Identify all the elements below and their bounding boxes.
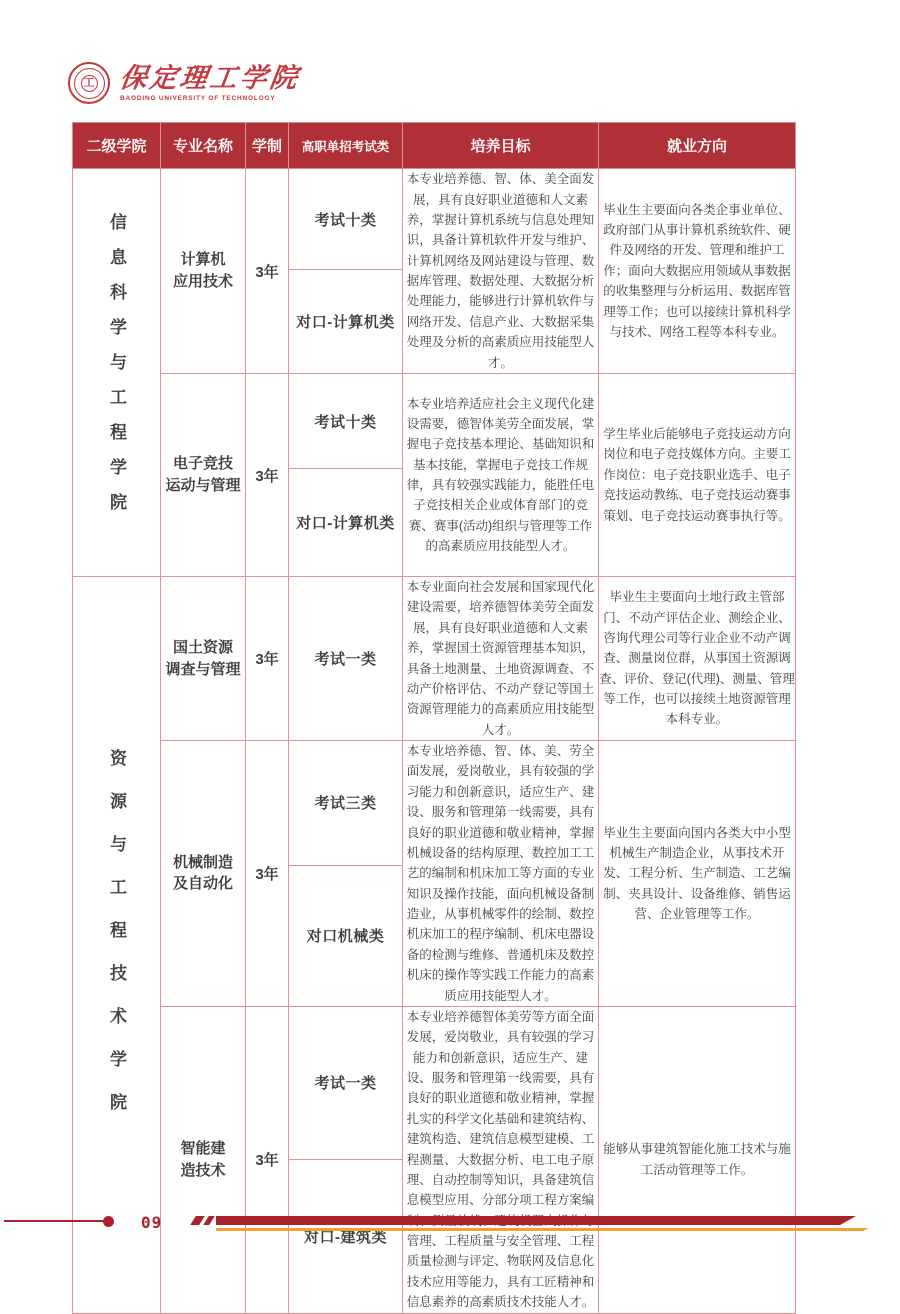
major-cell: 国土资源调查与管理 (161, 577, 246, 741)
footer-dot-icon (103, 1216, 114, 1227)
header-college: 二级学院 (73, 123, 161, 169)
duration-cell: 3年 (246, 374, 289, 577)
university-seal-icon: 工 (68, 62, 110, 104)
employment-cell: 毕业生主要面向土地行政主管部门、不动产评估企业、测绘企业、咨询代理公司等行业企业… (599, 577, 796, 741)
page-number: 09 (141, 1213, 162, 1232)
exam-cell: 对口-建筑类 (289, 1159, 403, 1313)
university-name-en: BAODING UNIVERSITY OF TECHNOLOGY (120, 95, 300, 102)
employment-cell: 能够从事建筑智能化施工技术与施工活动管理等工作。 (599, 1006, 796, 1313)
major-cell: 计算机应用技术 (161, 169, 246, 374)
college-cell-resources-engineering: 资源与工程技术学院 (73, 577, 161, 1314)
exam-cell: 对口机械类 (289, 865, 403, 1006)
college-name: 资源与工程技术学院 (108, 749, 125, 1136)
majors-table: 二级学院 专业名称 学制 高职单招考试类 培养目标 就业方向 信息科学与工程学院… (72, 122, 796, 1314)
table-row: 电子竞技运动与管理 3年 考试十类 本专业培养适应社会主义现代化建设需要，德智体… (73, 374, 796, 469)
exam-cell: 考试十类 (289, 374, 403, 469)
footer-red-bar (216, 1216, 856, 1225)
employment-cell: 毕业生主要面向各类企事业单位、政府部门从事计算机系统软件、硬件及网络的开发、管理… (599, 169, 796, 374)
header-objective: 培养目标 (403, 123, 599, 169)
college-name: 信息科学与工程学院 (108, 213, 125, 528)
duration-cell: 3年 (246, 741, 289, 1007)
college-cell-info-science: 信息科学与工程学院 (73, 169, 161, 577)
employment-cell: 学生毕业后能够电子竞技运动方向岗位和电子竞技媒体方向。主要工作岗位：电子竞技职业… (599, 374, 796, 577)
major-name: 计算机应用技术 (161, 249, 245, 293)
exam-cell: 考试一类 (289, 577, 403, 741)
exam-cell: 考试十类 (289, 169, 403, 270)
exam-cell: 考试一类 (289, 1006, 403, 1159)
major-cell: 智能建造技术 (161, 1006, 246, 1313)
header-employment: 就业方向 (599, 123, 796, 169)
table-row: 机械制造及自动化 3年 考试三类 本专业培养德、智、体、美、劳全面发展，爱岗敬业… (73, 741, 796, 866)
duration-cell: 3年 (246, 577, 289, 741)
university-logo: 工 保定理工学院 BAODING UNIVERSITY OF TECHNOLOG… (68, 62, 300, 104)
seal-inner-ring: 工 (74, 68, 105, 99)
table-header-row: 二级学院 专业名称 学制 高职单招考试类 培养目标 就业方向 (73, 123, 796, 169)
university-name-cn: 保定理工学院 (118, 65, 302, 92)
table-row: 信息科学与工程学院 计算机应用技术 3年 考试十类 本专业培养德、智、体、美全面… (73, 169, 796, 270)
objective-cell: 本专业培养德智体美劳等方面全面发展，爱岗敬业，具有较强的学习能力和创新意识，适应… (403, 1006, 599, 1313)
table-row: 资源与工程技术学院 国土资源调查与管理 3年 考试一类 本专业面向社会发展和国家… (73, 577, 796, 741)
objective-cell: 本专业培养适应社会主义现代化建设需要，德智体美劳全面发展，掌握电子竞技基本理论、… (403, 374, 599, 577)
employment-cell: 毕业生主要面向国内各类大中小型机械生产制造企业，从事技术开发、工程分析、生产制造… (599, 741, 796, 1007)
header-major: 专业名称 (161, 123, 246, 169)
major-cell: 机械制造及自动化 (161, 741, 246, 1007)
major-name: 机械制造及自动化 (161, 852, 245, 896)
major-name: 智能建造技术 (161, 1138, 245, 1182)
objective-cell: 本专业面向社会发展和国家现代化建设需要，培养德智体美劳全面发展，具有良好职业道德… (403, 577, 599, 741)
objective-cell: 本专业培养德、智、体、美全面发展，具有良好职业道德和人文素养，掌握计算机系统与信… (403, 169, 599, 374)
table-row: 智能建造技术 3年 考试一类 本专业培养德智体美劳等方面全面发展，爱岗敬业，具有… (73, 1006, 796, 1159)
exam-cell: 对口-计算机类 (289, 270, 403, 374)
seal-core-glyph: 工 (81, 75, 98, 92)
major-name: 电子竞技运动与管理 (161, 453, 245, 497)
exam-cell: 考试三类 (289, 741, 403, 866)
footer-rule-line (4, 1220, 104, 1222)
duration-cell: 3年 (246, 1006, 289, 1313)
major-name: 国土资源调查与管理 (161, 637, 245, 681)
footer-gold-line (216, 1228, 869, 1231)
duration-cell: 3年 (246, 169, 289, 374)
exam-cell: 对口-计算机类 (289, 469, 403, 577)
major-cell: 电子竞技运动与管理 (161, 374, 246, 577)
header-duration: 学制 (246, 123, 289, 169)
header-exam-category: 高职单招考试类 (289, 123, 403, 169)
objective-cell: 本专业培养德、智、体、美、劳全面发展，爱岗敬业，具有较强的学习能力和创新意识，适… (403, 741, 599, 1007)
logo-text: 保定理工学院 BAODING UNIVERSITY OF TECHNOLOGY (120, 65, 300, 102)
